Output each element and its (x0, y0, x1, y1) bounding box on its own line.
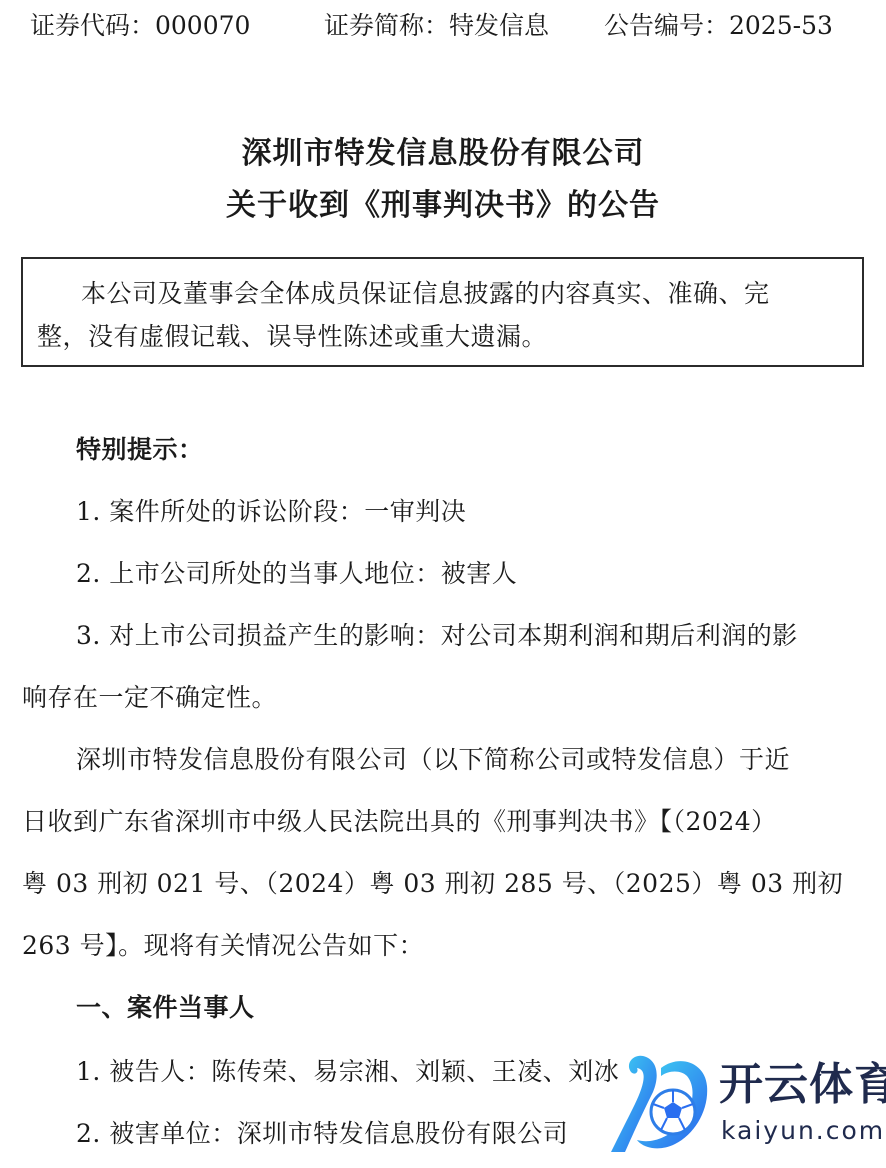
special-note-3-line-1: 3. 对上市公司损益产生的影响：对公司本期利润和期后利润的影 (76, 618, 798, 654)
kaiyun-watermark: 开云体育 kaiyun.com (603, 1044, 886, 1168)
body-paragraph-line-3: 粤 03 刑初 021 号、（2024）粤 03 刑初 285 号、（2025）… (22, 866, 843, 902)
special-note-2: 2. 上市公司所处的当事人地位：被害人 (76, 556, 517, 592)
disclaimer-line-2: 整，没有虚假记载、误导性陈述或重大遗漏。 (37, 319, 547, 355)
watermark-brand-cn: 开云体育 (719, 1060, 886, 1110)
announcement-number: 公告编号：2025-53 (604, 8, 833, 44)
security-abbreviation: 证券简称：特发信息 (324, 8, 549, 44)
security-code: 证券代码：000070 (30, 8, 250, 44)
defendants-item: 1. 被告人：陈传荣、易宗湘、刘颖、王凌、刘冰 (76, 1054, 619, 1090)
section-1-heading: 一、案件当事人 (76, 990, 255, 1026)
disclaimer-line-1: 本公司及董事会全体成员保证信息披露的内容真实、准确、完 (81, 276, 770, 312)
special-notes-heading: 特别提示： (76, 432, 204, 468)
victim-unit-item: 2. 被害单位：深圳市特发信息股份有限公司 (76, 1116, 568, 1152)
disclaimer-box: 本公司及董事会全体成员保证信息披露的内容真实、准确、完 整，没有虚假记载、误导性… (21, 257, 864, 367)
company-title: 深圳市特发信息股份有限公司 (0, 128, 886, 172)
special-note-1: 1. 案件所处的诉讼阶段：一审判决 (76, 494, 466, 530)
special-note-3-line-2: 响存在一定不确定性。 (22, 680, 277, 716)
body-paragraph-line-4: 263 号】。现将有关情况公告如下： (22, 928, 424, 964)
announcement-title: 关于收到《刑事判决书》的公告 (0, 180, 886, 224)
document-header: 证券代码：000070 证券简称：特发信息 公告编号：2025-53 (26, 8, 860, 44)
body-paragraph-line-2: 日收到广东省深圳市中级人民法院出具的《刑事判决书》【（2024） (22, 804, 777, 840)
body-paragraph-line-1: 深圳市特发信息股份有限公司（以下简称公司或特发信息）于近 (76, 742, 790, 778)
watermark-brand-url: kaiyun.com (721, 1116, 885, 1146)
announcement-page: 证券代码：000070 证券简称：特发信息 公告编号：2025-53 深圳市特发… (0, 0, 886, 1168)
kaiyun-logo-icon (603, 1048, 711, 1158)
